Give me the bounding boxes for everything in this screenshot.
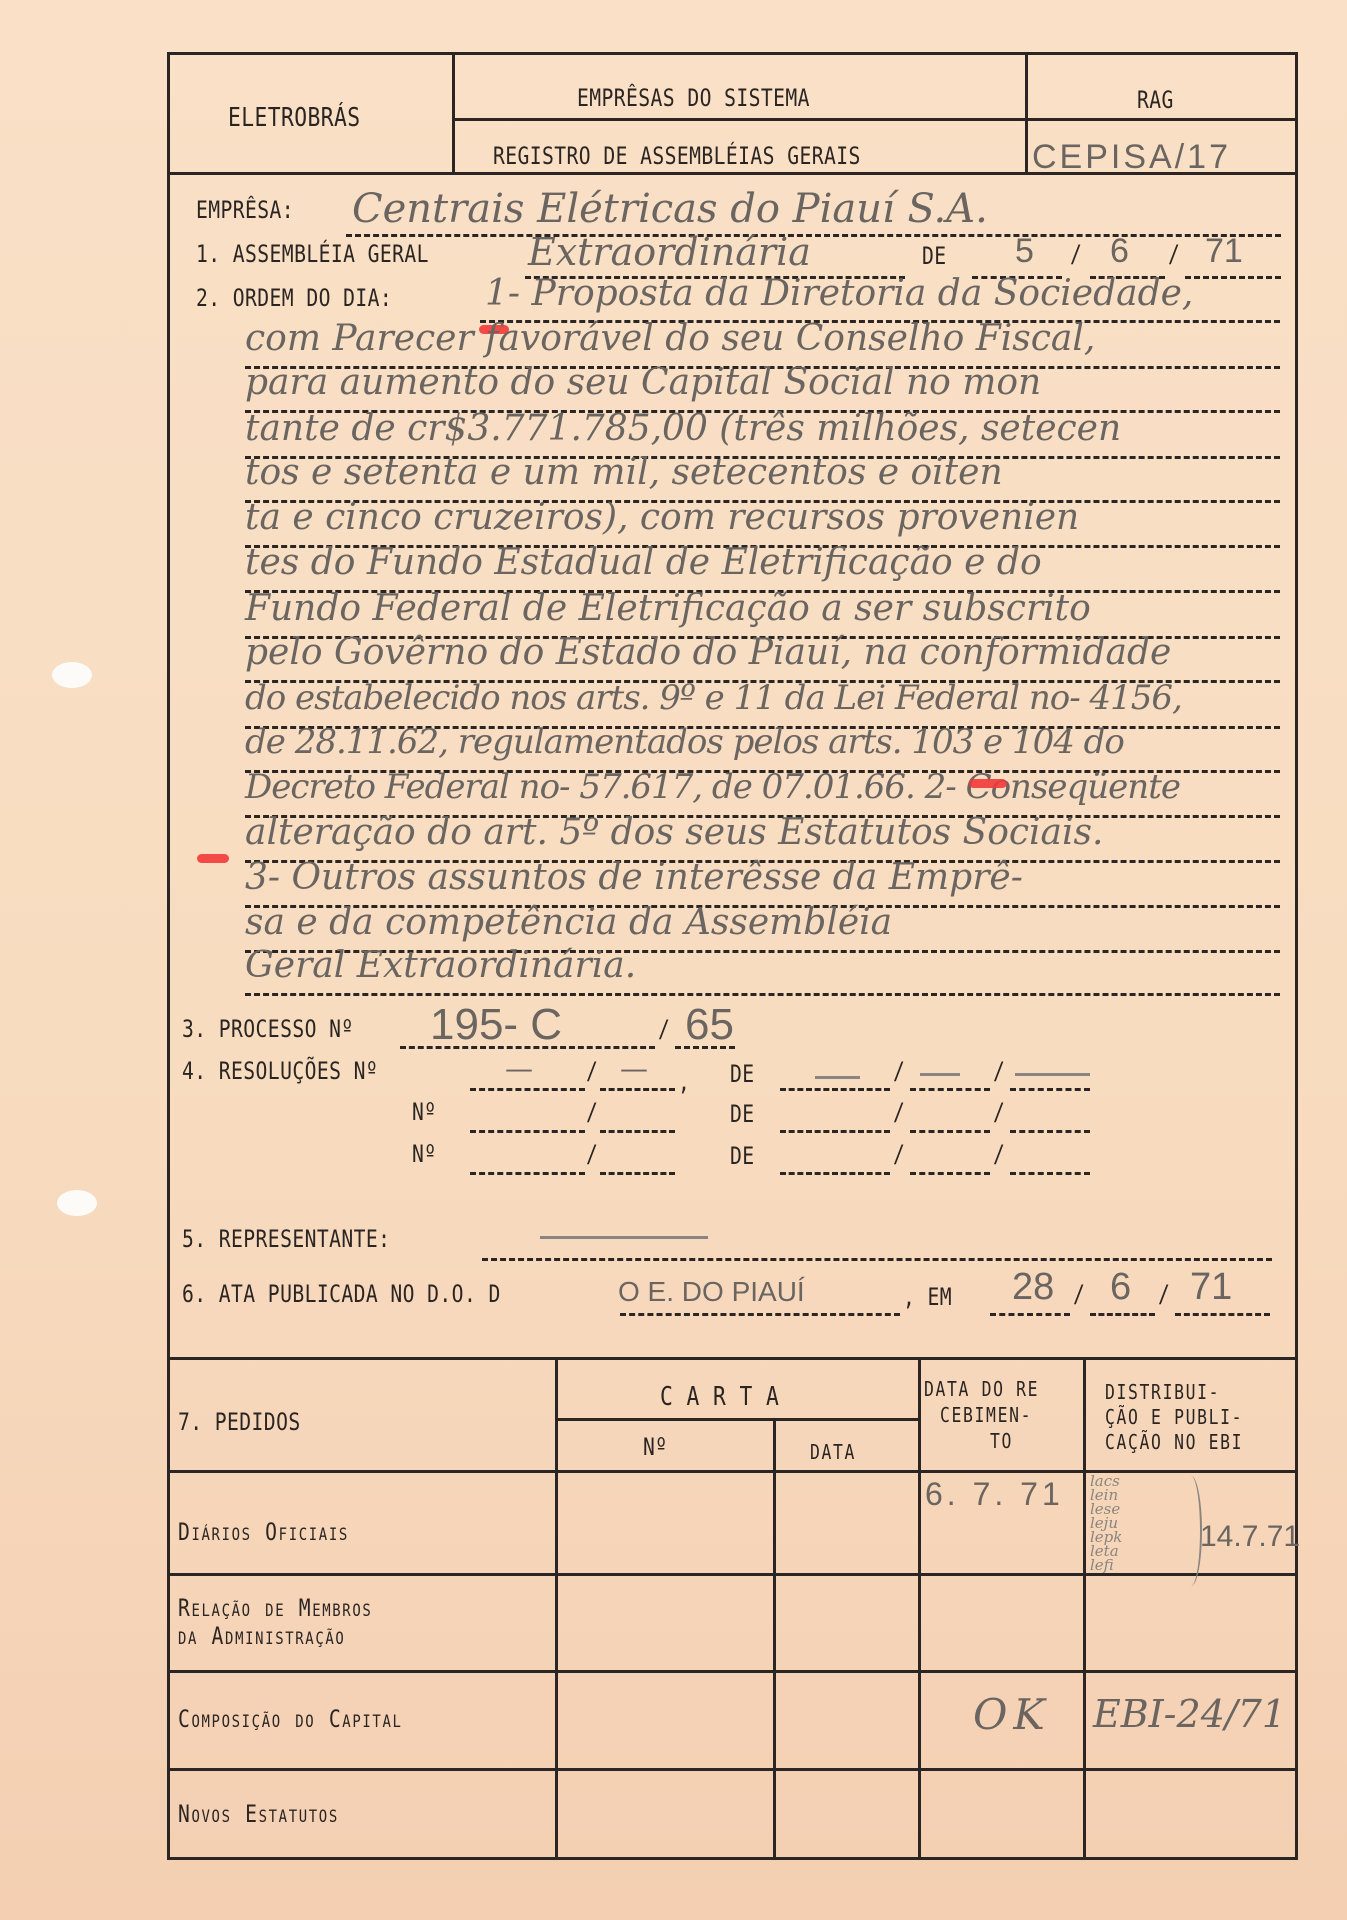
- separator: /: [1158, 1280, 1170, 1308]
- col-pedidos: 7. PEDIDOS: [178, 1408, 301, 1436]
- resolucao-no-field[interactable]: [470, 1172, 585, 1175]
- col-recebimento-l1: DATA DO RE: [924, 1377, 1039, 1401]
- separator: /: [893, 1057, 905, 1085]
- ata-month[interactable]: 6: [1110, 1266, 1131, 1309]
- field-line: [245, 993, 1280, 996]
- row-label: Diários Oficiais: [178, 1518, 349, 1546]
- ordem-line[interactable]: 3- Outros assuntos de interêsse da Emprê…: [245, 857, 1023, 898]
- ordem-line[interactable]: Fundo Federal de Eletrificação a ser sub…: [245, 588, 1091, 629]
- representante-pencil-dash: [540, 1236, 708, 1239]
- bracket-mark: [1180, 1476, 1202, 1586]
- ata-label: 6. ATA PUBLICADA NO D.O. D: [182, 1280, 501, 1308]
- ordem-line[interactable]: com Parecer favorável do seu Conselho Fi…: [245, 318, 1095, 359]
- ordem-line[interactable]: Geral Extraordinária.: [245, 945, 636, 986]
- empresa-label: EMPRÊSA:: [196, 196, 294, 224]
- resolucao-year2-field[interactable]: [1010, 1088, 1090, 1091]
- ordem-line[interactable]: tos e setenta e um mil, setecentos e oit…: [245, 452, 1003, 493]
- ordem-line[interactable]: Decreto Federal no- 57.617, de 07.01.66.…: [245, 767, 1180, 807]
- red-mark: [197, 854, 229, 863]
- ata-day[interactable]: 28: [1012, 1266, 1054, 1309]
- resolucao-year-field[interactable]: [600, 1172, 675, 1175]
- carta-sub-divider: [555, 1418, 919, 1421]
- date-separator: /: [1168, 240, 1180, 268]
- resolucao-no-field[interactable]: [470, 1088, 585, 1091]
- divider: [452, 52, 455, 174]
- resolucao-month-field[interactable]: [910, 1172, 990, 1175]
- de-label: DE: [730, 1100, 755, 1128]
- table-top: [167, 1357, 1298, 1360]
- rag-value[interactable]: CEPISA/17: [1032, 138, 1231, 177]
- row-label: Novos Estatutos: [178, 1800, 339, 1828]
- resolucao-month-field[interactable]: [910, 1130, 990, 1133]
- field-line: [1090, 1313, 1155, 1316]
- no-label: Nº: [412, 1140, 437, 1168]
- title-bottom: REGISTRO DE ASSEMBLÉIAS GERAIS: [493, 142, 861, 170]
- ordem-line[interactable]: ta e cinco cruzeiros), com recursos prov…: [245, 497, 1079, 538]
- assembleia-label: 1. ASSEMBLÉIA GERAL: [196, 240, 429, 268]
- resolucao-day-field[interactable]: [780, 1172, 890, 1175]
- processo-number[interactable]: 195- C: [430, 1000, 562, 1050]
- col-divider: [918, 1357, 921, 1860]
- pencil-dash: [920, 1073, 960, 1076]
- representante-field[interactable]: [482, 1258, 1272, 1261]
- ordem-line[interactable]: sa e da competência da Assembléia: [245, 902, 892, 943]
- resolucoes-label: 4. RESOLUÇÕES Nº: [182, 1057, 378, 1085]
- separator: /: [1073, 1280, 1085, 1308]
- assembleia-day[interactable]: 5: [1015, 232, 1034, 271]
- header-bottom: [167, 1470, 1298, 1473]
- resolucao-year2-field[interactable]: [1010, 1130, 1090, 1133]
- empresa-value[interactable]: Centrais Elétricas do Piauí S.A.: [352, 186, 988, 232]
- ordem-line[interactable]: tante de cr$3.771.785,00 (três milhões, …: [245, 408, 1121, 449]
- resolucao-no-field[interactable]: [470, 1130, 585, 1133]
- col-carta: C A R T A: [660, 1382, 779, 1412]
- divider: [452, 118, 1298, 121]
- resolucao-year-field[interactable]: [600, 1088, 675, 1091]
- pencil-dash: [1015, 1073, 1090, 1076]
- field-line: [1175, 1313, 1270, 1316]
- ata-year[interactable]: 71: [1190, 1266, 1232, 1309]
- no-label: Nº: [412, 1098, 437, 1126]
- comma: ,: [678, 1068, 690, 1096]
- col-carta-no: Nº: [643, 1433, 668, 1461]
- separator: /: [993, 1140, 1005, 1168]
- resolucao-day-field[interactable]: [780, 1130, 890, 1133]
- resolucao-no-value: —: [505, 1052, 533, 1085]
- col-divider: [1083, 1357, 1086, 1860]
- date-separator: /: [1070, 240, 1082, 268]
- red-mark: [969, 779, 1007, 788]
- de-label: DE: [922, 242, 947, 270]
- ordem-label: 2. ORDEM DO DIA:: [196, 284, 392, 312]
- punch-hole-top: [52, 662, 92, 688]
- distribuicao-ref[interactable]: EBI-24/71: [1093, 1692, 1286, 1736]
- row-label: da Administração: [178, 1622, 345, 1650]
- row-label: Composição do Capital: [178, 1705, 403, 1733]
- ordem-line[interactable]: de 28.11.62, regulamentados pelos arts. …: [245, 722, 1124, 762]
- field-line: [990, 1313, 1070, 1316]
- representante-label: 5. REPRESENTANTE:: [182, 1225, 390, 1253]
- divider: [1025, 52, 1028, 174]
- processo-year[interactable]: 65: [685, 1000, 734, 1050]
- title-top: EMPRÊSAS DO SISTEMA: [577, 84, 810, 112]
- de-label: DE: [730, 1060, 755, 1088]
- row-divider: [167, 1768, 1298, 1771]
- separator: /: [893, 1098, 905, 1126]
- punch-hole-bottom: [57, 1190, 97, 1216]
- em-label: , EM: [903, 1283, 952, 1311]
- ordem-line[interactable]: 1- Proposta da Diretoria da Sociedade,: [485, 273, 1193, 314]
- resolucao-year2-field[interactable]: [1010, 1172, 1090, 1175]
- col-recebimento-l2: CEBIMEN-: [940, 1403, 1032, 1427]
- col-divider: [773, 1418, 776, 1860]
- assembleia-type[interactable]: Extraordinária: [528, 230, 811, 274]
- separator: /: [586, 1098, 598, 1126]
- col-distribuicao-l2: ÇÃO E PUBLI-: [1105, 1405, 1243, 1429]
- separator: /: [586, 1057, 598, 1085]
- ordem-line[interactable]: tes do Fundo Estadual de Eletrificação e…: [245, 542, 1042, 583]
- ordem-line[interactable]: pelo Govêrno do Estado do Piauí, na conf…: [245, 632, 1171, 673]
- col-carta-data: DATA: [810, 1440, 856, 1464]
- resolucao-day-field[interactable]: [780, 1088, 890, 1091]
- row-divider: [167, 1670, 1298, 1673]
- col-recebimento-l3: TO: [990, 1429, 1013, 1453]
- separator: /: [993, 1057, 1005, 1085]
- de-label: DE: [730, 1142, 755, 1170]
- ordem-line[interactable]: alteração do art. 5º dos seus Estatutos …: [245, 812, 1103, 853]
- col-distribuicao-l3: CAÇÃO NO EBI: [1105, 1430, 1243, 1454]
- assembleia-year[interactable]: 71: [1205, 232, 1243, 271]
- resolucao-month-field[interactable]: [910, 1088, 990, 1091]
- field-line: [346, 234, 1281, 237]
- recebimento-date[interactable]: 6. 7. 71: [925, 1476, 1064, 1513]
- distribuicao-date[interactable]: 14.7.71: [1200, 1520, 1300, 1554]
- ata-diario[interactable]: O E. DO PIAUÍ: [618, 1276, 805, 1308]
- row-divider: [167, 1573, 1298, 1576]
- initials-list: lacs lein lese leju lepk leta lefi: [1090, 1474, 1180, 1572]
- field-line: [620, 1313, 900, 1316]
- separator: /: [893, 1140, 905, 1168]
- row-label: Relação de Membros: [178, 1594, 372, 1622]
- col-distribuicao-l1: DISTRIBUI-: [1105, 1380, 1220, 1404]
- processo-separator: /: [658, 1015, 670, 1043]
- separator: /: [586, 1140, 598, 1168]
- pencil-dash: [815, 1076, 860, 1079]
- separator: /: [993, 1098, 1005, 1126]
- resolucao-year-value: —: [620, 1052, 648, 1085]
- org-name: ELETROBRÁS: [228, 103, 360, 133]
- resolucao-year-field[interactable]: [600, 1130, 675, 1133]
- ordem-line[interactable]: para aumento do seu Capital Social no mo…: [245, 362, 1041, 403]
- assembleia-month[interactable]: 6: [1110, 232, 1129, 271]
- initial: lefi: [1090, 1558, 1180, 1572]
- recebimento-ok[interactable]: OK: [973, 1690, 1051, 1739]
- field-line: [1185, 276, 1281, 279]
- ordem-line[interactable]: do estabelecido nos arts. 9º e 11 da Lei…: [245, 678, 1182, 718]
- col-divider: [555, 1357, 558, 1860]
- processo-label: 3. PROCESSO Nº: [182, 1015, 354, 1043]
- rag-label: RAG: [1137, 86, 1174, 114]
